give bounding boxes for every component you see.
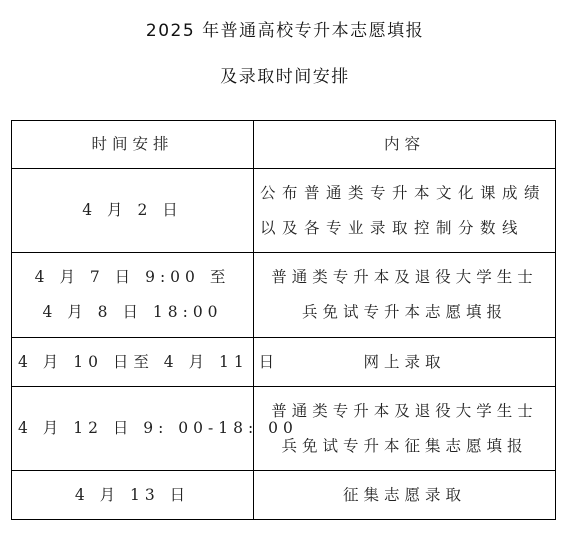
content-text: 兵免试专升本志愿填报	[260, 295, 549, 330]
time-text: 4 月 7 日 9:00 至	[18, 260, 247, 295]
time-cell: 4 月 13 日	[12, 471, 254, 520]
time-text: 4 月 2 日	[18, 193, 247, 228]
table-row: 4 月 12 日 9: 00-18: 00 普通类专升本及退役大学生士 兵免试专…	[12, 387, 556, 471]
content-cell: 网上录取	[254, 338, 556, 387]
time-text: 4 月 8 日 18:00	[18, 295, 247, 330]
time-cell: 4 月 2 日	[12, 169, 254, 253]
document-title: 2025 年普通高校专升本志愿填报	[0, 16, 570, 41]
table-row: 4 月 10 日至 4 月 11 日 网上录取	[12, 338, 556, 387]
document-subtitle: 及录取时间安排	[0, 62, 570, 87]
content-text: 普通类专升本及退役大学生士	[260, 394, 549, 429]
table-row: 4 月 13 日 征集志愿录取	[12, 471, 556, 520]
time-text: 4 月 12 日 9: 00-18: 00	[18, 411, 247, 446]
content-cell: 普通类专升本及退役大学生士 兵免试专升本征集志愿填报	[254, 387, 556, 471]
time-text: 4 月 10 日至 4 月 11 日	[18, 345, 247, 380]
content-cell: 征集志愿录取	[254, 471, 556, 520]
header-content: 内容	[254, 121, 556, 169]
content-text: 网上录取	[260, 345, 549, 380]
content-text: 普通类专升本及退役大学生士	[260, 260, 549, 295]
schedule-table: 时间安排 内容 4 月 2 日 公布普通类专升本文化课成绩 以及各专业录取控制分…	[11, 120, 556, 520]
content-cell: 普通类专升本及退役大学生士 兵免试专升本志愿填报	[254, 253, 556, 338]
content-text: 征集志愿录取	[260, 478, 549, 513]
time-cell: 4 月 7 日 9:00 至 4 月 8 日 18:00	[12, 253, 254, 338]
table-row: 4 月 7 日 9:00 至 4 月 8 日 18:00 普通类专升本及退役大学…	[12, 253, 556, 338]
header-time: 时间安排	[12, 121, 254, 169]
table-header-row: 时间安排 内容	[12, 121, 556, 169]
content-text: 兵免试专升本征集志愿填报	[260, 429, 549, 464]
time-cell: 4 月 10 日至 4 月 11 日	[12, 338, 254, 387]
content-cell: 公布普通类专升本文化课成绩 以及各专业录取控制分数线	[254, 169, 556, 253]
time-text: 4 月 13 日	[18, 478, 247, 513]
time-cell: 4 月 12 日 9: 00-18: 00	[12, 387, 254, 471]
content-text: 公布普通类专升本文化课成绩	[260, 176, 549, 211]
table-row: 4 月 2 日 公布普通类专升本文化课成绩 以及各专业录取控制分数线	[12, 169, 556, 253]
content-text: 以及各专业录取控制分数线	[260, 211, 549, 246]
